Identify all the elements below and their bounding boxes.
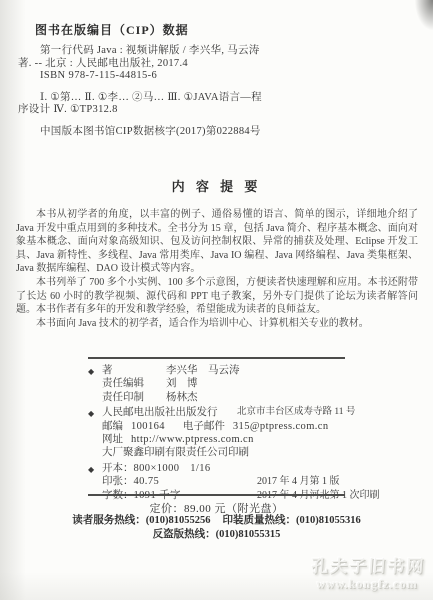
abstract-title: 内 容 提 要	[0, 176, 433, 195]
postcode-email-row: 邮编 100164 电子邮件 315@ptpress.com.cn	[88, 420, 428, 433]
format-value: 800×1000 1/16	[134, 462, 211, 475]
format-label: 开本：	[102, 462, 134, 475]
cip-record-line: 第一行代码 Java : 视频讲解版 / 李兴华, 马云涛	[18, 45, 262, 58]
colophon: ◆ 著 李兴华 马云涛 责任编辑 刘 博 责任印制 杨林杰 ◆ 人民邮电出版社出…	[88, 364, 428, 502]
sheets-value: 40.75	[134, 475, 160, 488]
cip-isbn: ISBN 978-7-115-44815-6	[18, 70, 262, 83]
book-copyright-page: 图书在版编目（CIP）数据 第一行代码 Java : 视频讲解版 / 李兴华, …	[0, 0, 433, 600]
publisher-row: ◆ 人民邮电出版社出版发行 北京市丰台区成寿寺路 11 号	[88, 406, 428, 419]
watermark-site-name: 孔夫子旧书网	[311, 552, 427, 577]
author-label: 著	[102, 364, 166, 377]
service-hotline-label: 读者服务热线：	[72, 515, 146, 526]
quality-hotline-label: 印装质量热线：	[223, 515, 297, 526]
sheets-label: 印张：	[102, 475, 134, 488]
publisher-name: 人民邮电出版社出版发行	[102, 406, 218, 419]
divider-rule-bottom	[88, 494, 345, 496]
postcode-value: 100164	[131, 420, 165, 433]
piracy-hotline-label: 反盗版热线：	[153, 529, 216, 540]
sheets-row: 印张： 40.75 2017 年 4 月第 1 版	[88, 475, 428, 488]
hotline-row: 读者服务热线：(010)81055256印装质量热线：(010)81055316	[0, 514, 433, 528]
editor-row: 责任编辑 刘 博	[88, 377, 428, 390]
editor-name: 刘 博	[166, 377, 198, 390]
kongfz-watermark: 孔夫子旧书网 www.kongfz.com	[310, 552, 427, 592]
diamond-bullet-icon: ◆	[88, 407, 94, 420]
editor-label: 责任编辑	[102, 377, 166, 390]
printing-company-row: 大厂聚鑫印刷有限责任公司印刷	[88, 446, 428, 459]
quality-hotline-number: (010)81055316	[296, 515, 361, 526]
watermark-site-url: www.kongfz.com	[310, 577, 425, 592]
postcode-label: 邮编	[102, 420, 123, 433]
diamond-bullet-icon: ◆	[88, 463, 94, 476]
author-row: ◆ 著 李兴华 马云涛	[88, 364, 428, 377]
cip-registration-number: 中国版本图书馆CIP数据核字(2017)第022884号	[18, 126, 262, 139]
print-supervisor-label: 责任印制	[102, 391, 166, 404]
divider-rule-top	[88, 357, 345, 359]
diamond-bullet-icon: ◆	[88, 365, 94, 378]
abstract-paragraph: 本书列举了 700 多个小实例、100 多个示意图，方便读者快速理解和应用。本书…	[16, 276, 418, 317]
email-label: 电子邮件	[183, 420, 225, 433]
cip-record: 第一行代码 Java : 视频讲解版 / 李兴华, 马云涛 著. -- 北京 :…	[18, 45, 262, 138]
format-row: ◆ 开本： 800×1000 1/16	[88, 462, 428, 475]
piracy-hotline-number: (010)81055315	[216, 529, 281, 540]
hotline-row: 反盗版热线：(010)81055315	[0, 528, 433, 542]
service-hotline-number: (010)81055256	[146, 515, 211, 526]
publisher-address: 北京市丰台区成寿寺路 11 号	[237, 406, 355, 419]
cip-classification-line: 序设计 Ⅳ. ①TP312.8	[18, 104, 262, 117]
cip-record-line: 著. -- 北京 : 人民邮电出版社, 2017.4	[18, 58, 262, 71]
printing-company: 大厂聚鑫印刷有限责任公司印刷	[102, 446, 249, 459]
edition-info: 2017 年 4 月第 1 版	[257, 475, 340, 488]
cip-classification-line: Ⅰ. ①第… Ⅱ. ①李… ②马… Ⅲ. ①JAVA语言—程	[18, 92, 262, 105]
print-supervisor-row: 责任印制 杨林杰	[88, 391, 428, 404]
abstract-paragraph: 本书面向 Java 技术的初学者，适合作为培训中心、计算机相关专业的教材。	[16, 317, 418, 331]
website-label: 网址	[102, 433, 123, 446]
print-supervisor-name: 杨林杰	[166, 391, 198, 404]
hotlines: 读者服务热线：(010)81055256印装质量热线：(010)81055316…	[0, 514, 433, 541]
author-names: 李兴华 马云涛	[166, 364, 240, 377]
cip-header: 图书在版编目（CIP）数据	[35, 21, 189, 38]
abstract-paragraph: 本书从初学者的角度，以丰富的例子、通俗易懂的语言、简单的图示，详细地介绍了 Ja…	[16, 208, 418, 276]
abstract-body: 本书从初学者的角度，以丰富的例子、通俗易懂的语言、简单的图示，详细地介绍了 Ja…	[16, 208, 418, 330]
website-row: 网址 http://www.ptpress.com.cn	[88, 433, 428, 446]
page-corner-smudge	[415, 0, 433, 30]
website-url: http://www.ptpress.com.cn	[131, 433, 254, 446]
email-value: 315@ptpress.com.cn	[233, 420, 329, 433]
